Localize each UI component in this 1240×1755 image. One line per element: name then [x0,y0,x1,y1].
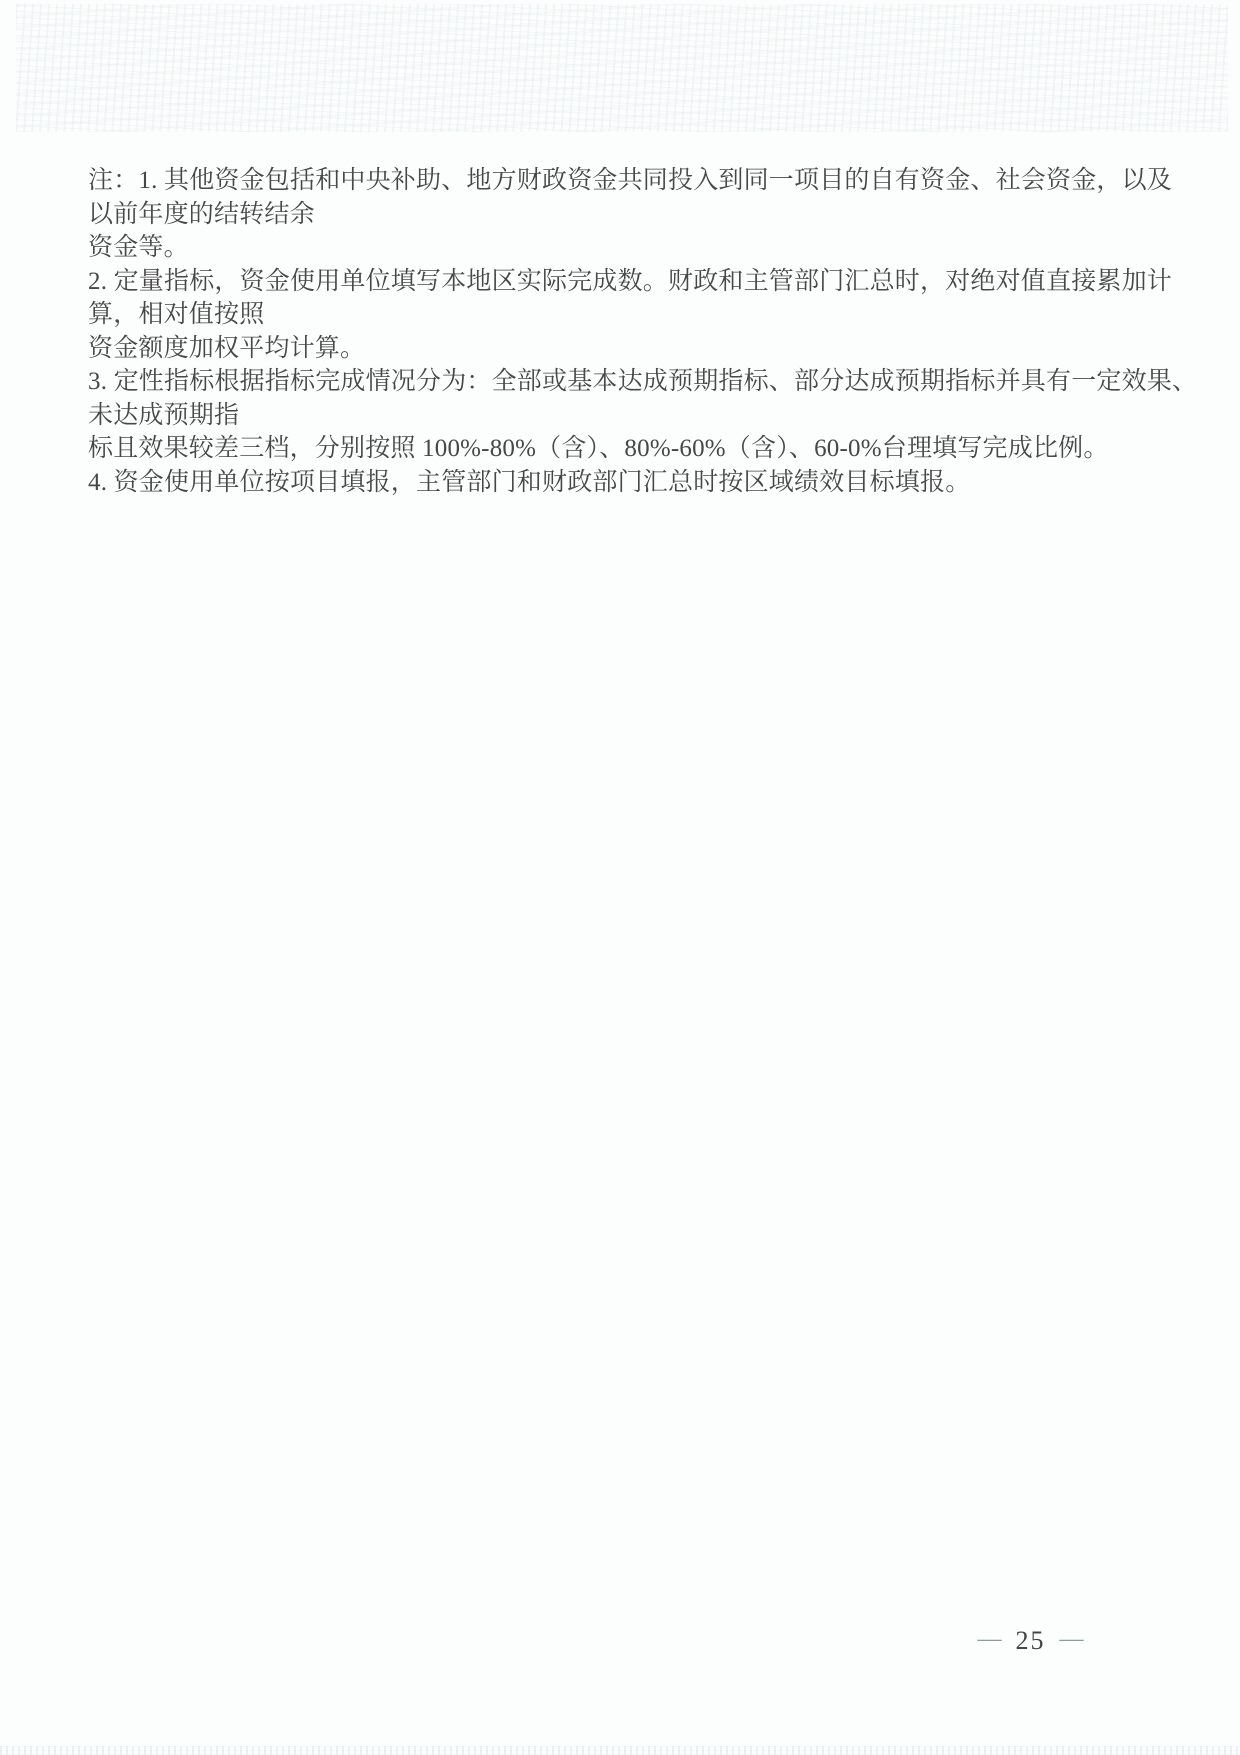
note-line-7: 3. 定性指标根据指标完成情况分为：全部或基本达成预期指标、部分达成预期指标并具… [88,365,1166,399]
document-page: 注：1. 其他资金包括和中央补助、地方财政资金共同投入到同一项目的自有资金、社会… [0,0,1240,1755]
note-line-10: 4. 资金使用单位按项目填报，主管部门和财政部门汇总时按区域绩效目标填报。 [88,466,1166,500]
note-line-3: 资金等。 [88,231,1166,265]
page-number-dash-left: — [978,1626,1002,1653]
note-line-4: 2. 定量指标，资金使用单位填写本地区实际完成数。财政和主管部门汇总时，对绝对值… [88,265,1166,299]
note-line-5: 算，相对值按照 [88,298,1166,332]
note-line-2: 以前年度的结转结余 [88,198,1166,232]
page-number: — 25 — [958,1626,1103,1656]
notes-block: 注：1. 其他资金包括和中央补助、地方财政资金共同投入到同一项目的自有资金、社会… [88,164,1166,499]
scan-bleedthrough-artifact-top [16,4,1228,132]
note-line-8: 未达成预期指 [88,399,1166,433]
note-line-1: 注：1. 其他资金包括和中央补助、地方财政资金共同投入到同一项目的自有资金、社会… [88,164,1166,198]
note-line-9: 标且效果较差三档，分别按照 100%-80%（含）、80%-60%（含）、60-… [88,432,1166,466]
page-number-dash-right: — [1060,1626,1084,1653]
note-line-6: 资金额度加权平均计算。 [88,332,1166,366]
scan-bleedthrough-artifact-bottom [0,1746,1240,1755]
page-number-value: 25 [1016,1626,1046,1656]
